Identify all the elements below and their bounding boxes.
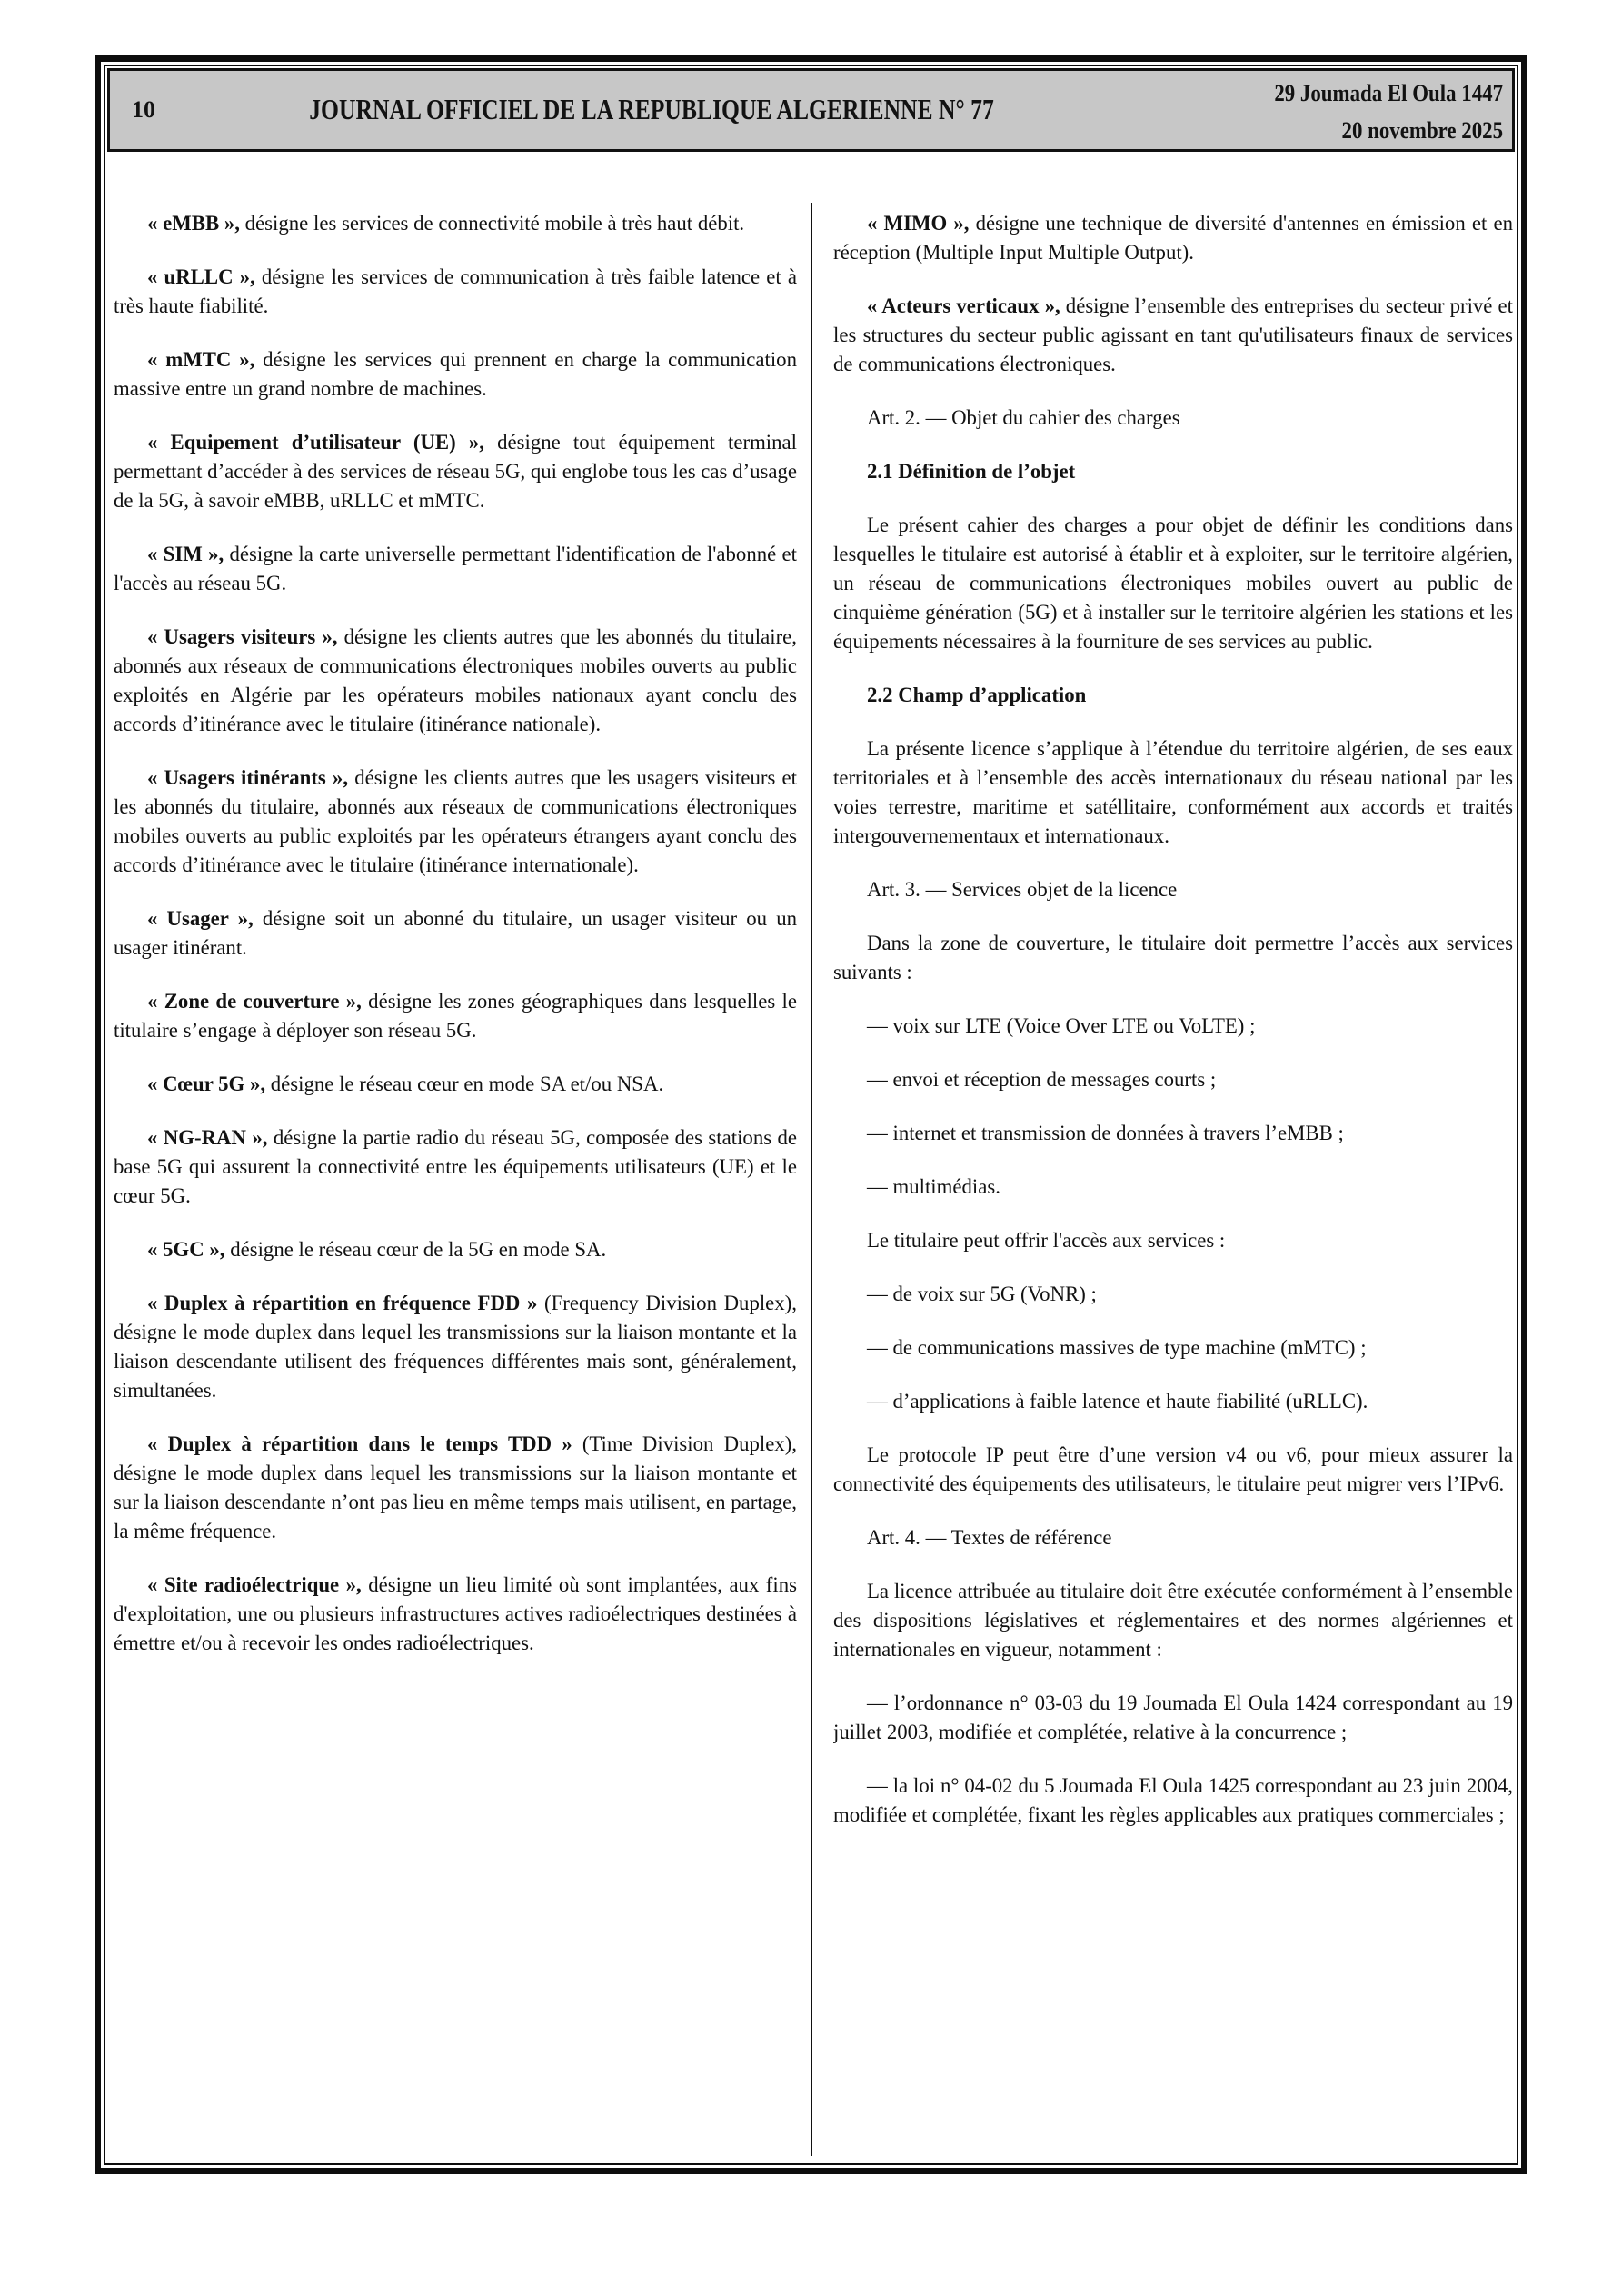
definition-paragraph: « SIM », désigne la carte universelle pe… xyxy=(114,540,797,598)
right-column: « MIMO », désigne une technique de diver… xyxy=(833,154,1513,2163)
paragraph-text: 2.1 Définition de l’objet xyxy=(867,460,1075,483)
content-area: « eMBB », désigne les services de connec… xyxy=(105,154,1517,2163)
definition-term: « mMTC », xyxy=(147,348,254,371)
definition-term: « Cœur 5G », xyxy=(147,1073,265,1095)
definition-term: « Duplex à répartition en fréquence FDD … xyxy=(147,1292,537,1314)
definition-paragraph: « Acteurs verticaux », désigne l’ensembl… xyxy=(833,292,1513,379)
paragraph-text: — la loi n° 04-02 du 5 Joumada El Oula 1… xyxy=(833,1774,1513,1826)
definition-paragraph: « Site radioélectrique », désigne un lie… xyxy=(114,1571,797,1658)
paragraph-text: Le présent cahier des charges a pour obj… xyxy=(833,514,1513,653)
paragraph-text: La présente licence s’applique à l’étend… xyxy=(833,737,1513,847)
paragraph-text: Art. 4. — Textes de référence xyxy=(867,1526,1112,1549)
left-column: « eMBB », désigne les services de connec… xyxy=(114,154,797,2163)
body-paragraph: Le titulaire peut offrir l'accès aux ser… xyxy=(833,1226,1513,1255)
list-item: — multimédias. xyxy=(833,1173,1513,1202)
paragraph-text: désigne le réseau cœur en mode SA et/ou … xyxy=(265,1073,663,1095)
body-paragraph: La présente licence s’applique à l’étend… xyxy=(833,734,1513,851)
definition-term: « Zone de couverture », xyxy=(147,990,362,1013)
article-heading: Art. 2. — Objet du cahier des charges xyxy=(833,404,1513,433)
list-item: — l’ordonnance n° 03-03 du 19 Joumada El… xyxy=(833,1689,1513,1747)
section-subheading: 2.2 Champ d’application xyxy=(833,681,1513,710)
paragraph-text: Art. 2. — Objet du cahier des charges xyxy=(867,406,1180,429)
definition-term: « Usagers itinérants », xyxy=(147,766,348,789)
body-paragraph: Le protocole IP peut être d’une version … xyxy=(833,1441,1513,1499)
definition-term: « Duplex à répartition dans le temps TDD… xyxy=(147,1433,572,1455)
definition-term: « Usagers visiteurs », xyxy=(147,625,337,648)
definition-paragraph: « Duplex à répartition dans le temps TDD… xyxy=(114,1430,797,1546)
list-item: — de voix sur 5G (VoNR) ; xyxy=(833,1280,1513,1309)
definition-paragraph: « NG-RAN », désigne la partie radio du r… xyxy=(114,1123,797,1211)
journal-title: JOURNAL OFFICIEL DE LA REPUBLIQUE ALGERI… xyxy=(288,93,1015,126)
definition-term: « 5GC », xyxy=(147,1238,225,1261)
definition-paragraph: « mMTC », désigne les services qui prenn… xyxy=(114,345,797,404)
definition-paragraph: « Equipement d’utilisateur (UE) », désig… xyxy=(114,428,797,515)
paragraph-text: désigne les services de connectivité mob… xyxy=(240,212,744,235)
page-number: 10 xyxy=(132,96,155,124)
list-item: — de communications massives de type mac… xyxy=(833,1333,1513,1363)
paragraph-text: — multimédias. xyxy=(867,1175,1000,1198)
date-hijri: 29 Joumada El Oula 1447 xyxy=(1274,75,1503,112)
paragraph-text: Le titulaire peut offrir l'accès aux ser… xyxy=(867,1229,1225,1252)
article-heading: Art. 3. — Services objet de la licence xyxy=(833,875,1513,904)
definition-paragraph: « 5GC », désigne le réseau cœur de la 5G… xyxy=(114,1235,797,1264)
list-item: — voix sur LTE (Voice Over LTE ou VoLTE)… xyxy=(833,1012,1513,1041)
body-paragraph: Le présent cahier des charges a pour obj… xyxy=(833,511,1513,656)
definition-paragraph: « uRLLC », désigne les services de commu… xyxy=(114,263,797,321)
list-item: — envoi et réception de messages courts … xyxy=(833,1065,1513,1094)
paragraph-text: — d’applications à faible latence et hau… xyxy=(867,1390,1368,1413)
column-divider xyxy=(811,203,812,2156)
paragraph-text: La licence attribuée au titulaire doit ê… xyxy=(833,1580,1513,1661)
paragraph-text: Le protocole IP peut être d’une version … xyxy=(833,1443,1513,1495)
section-subheading: 2.1 Définition de l’objet xyxy=(833,457,1513,486)
page-frame-inner: 10 JOURNAL OFFICIEL DE LA REPUBLIQUE ALG… xyxy=(104,65,1518,2165)
paragraph-text: Dans la zone de couverture, le titulaire… xyxy=(833,932,1513,983)
definition-term: « uRLLC », xyxy=(147,265,255,288)
definition-paragraph: « Cœur 5G », désigne le réseau cœur en m… xyxy=(114,1070,797,1099)
date-gregorian: 20 novembre 2025 xyxy=(1274,112,1503,149)
paragraph-text: — de voix sur 5G (VoNR) ; xyxy=(867,1283,1097,1305)
article-heading: Art. 4. — Textes de référence xyxy=(833,1523,1513,1552)
definition-term: « SIM », xyxy=(147,543,224,565)
header-dates: 29 Joumada El Oula 1447 20 novembre 2025 xyxy=(1274,75,1503,149)
body-paragraph: La licence attribuée au titulaire doit ê… xyxy=(833,1577,1513,1664)
list-item: — la loi n° 04-02 du 5 Joumada El Oula 1… xyxy=(833,1772,1513,1830)
definition-term: « Equipement d’utilisateur (UE) », xyxy=(147,431,484,454)
definition-paragraph: « Duplex à répartition en fréquence FDD … xyxy=(114,1289,797,1405)
paragraph-text: Art. 3. — Services objet de la licence xyxy=(867,878,1177,901)
definition-term: « Site radioélectrique », xyxy=(147,1573,362,1596)
definition-paragraph: « Usager », désigne soit un abonné du ti… xyxy=(114,904,797,963)
paragraph-text: 2.2 Champ d’application xyxy=(867,684,1086,706)
paragraph-text: désigne le réseau cœur de la 5G en mode … xyxy=(225,1238,607,1261)
definition-term: « Acteurs verticaux », xyxy=(867,294,1060,317)
body-paragraph: Dans la zone de couverture, le titulaire… xyxy=(833,929,1513,987)
list-item: — d’applications à faible latence et hau… xyxy=(833,1387,1513,1416)
list-item: — internet et transmission de données à … xyxy=(833,1119,1513,1148)
paragraph-text: — l’ordonnance n° 03-03 du 19 Joumada El… xyxy=(833,1692,1513,1743)
definition-term: « NG-RAN », xyxy=(147,1126,267,1149)
page-frame: 10 JOURNAL OFFICIEL DE LA REPUBLIQUE ALG… xyxy=(95,55,1527,2174)
paragraph-text: — internet et transmission de données à … xyxy=(867,1122,1344,1144)
definition-paragraph: « Zone de couverture », désigne les zone… xyxy=(114,987,797,1045)
definition-paragraph: « Usagers visiteurs », désigne les clien… xyxy=(114,623,797,739)
definition-term: « Usager », xyxy=(147,907,254,930)
definition-paragraph: « MIMO », désigne une technique de diver… xyxy=(833,209,1513,267)
definition-term: « eMBB », xyxy=(147,212,240,235)
definition-paragraph: « Usagers itinérants », désigne les clie… xyxy=(114,764,797,880)
paragraph-text: — envoi et réception de messages courts … xyxy=(867,1068,1216,1091)
definition-paragraph: « eMBB », désigne les services de connec… xyxy=(114,209,797,238)
definition-term: « MIMO », xyxy=(867,212,969,235)
paragraph-text: — de communications massives de type mac… xyxy=(867,1336,1367,1359)
paragraph-text: — voix sur LTE (Voice Over LTE ou VoLTE)… xyxy=(867,1014,1255,1037)
journal-header: 10 JOURNAL OFFICIEL DE LA REPUBLIQUE ALG… xyxy=(107,68,1515,152)
